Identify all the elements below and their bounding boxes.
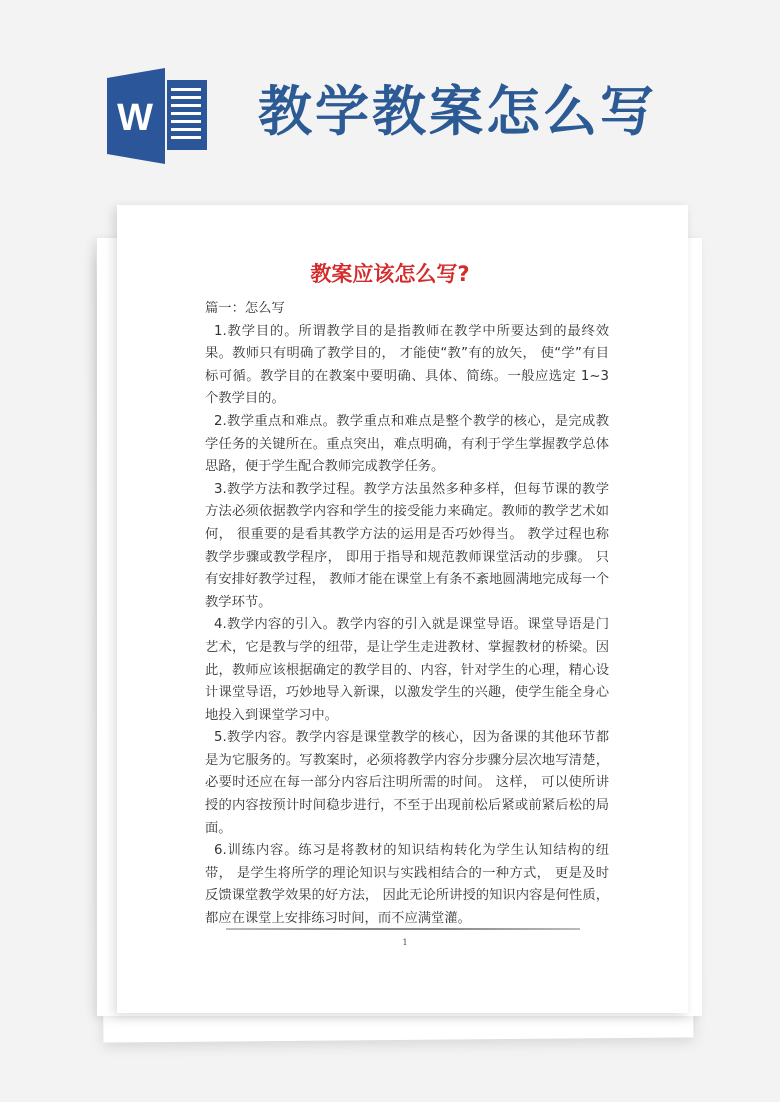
banner-title: 教学教案怎么写 bbox=[258, 76, 657, 146]
footer-divider bbox=[226, 928, 580, 930]
svg-text:W: W bbox=[117, 97, 153, 139]
document-title: 教案应该怎么写? bbox=[0, 258, 780, 290]
page-number: 1 bbox=[398, 938, 412, 947]
document-body: 篇一：怎么写 1.教学目的。所谓教学目的是指教师在教学中所要达到的最终效果。教师… bbox=[205, 298, 609, 931]
word-doc-icon: W bbox=[107, 68, 209, 164]
paragraph-content: 5.教学内容。教学内容是课堂教学的核心，因为备课的其他环节都是为它服务的。写教案… bbox=[205, 727, 609, 840]
paragraph-methods-process: 3.教学方法和教学过程。教学方法虽然多种多样，但每节课的教学方法必须依据教学内容… bbox=[205, 479, 609, 615]
banner: W 教学教案怎么写 bbox=[0, 0, 780, 190]
paragraph-introduction: 4.教学内容的引入。教学内容的引入就是课堂导语。课堂导语是门艺术，它是教与学的纽… bbox=[205, 614, 609, 727]
paragraph-teaching-goals: 1.教学目的。所谓教学目的是指教师在教学中所要达到的最终效果。教师只有明确了教学… bbox=[205, 321, 609, 411]
paragraph-practice: 6.训练内容。练习是将教材的知识结构转化为学生认知结构的纽带， 是学生将所学的理… bbox=[205, 840, 609, 930]
paragraph-key-points: 2.教学重点和难点。教学重点和难点是整个教学的核心，是完成教学任务的关键所在。重… bbox=[205, 411, 609, 479]
section-heading: 篇一：怎么写 bbox=[205, 298, 609, 321]
